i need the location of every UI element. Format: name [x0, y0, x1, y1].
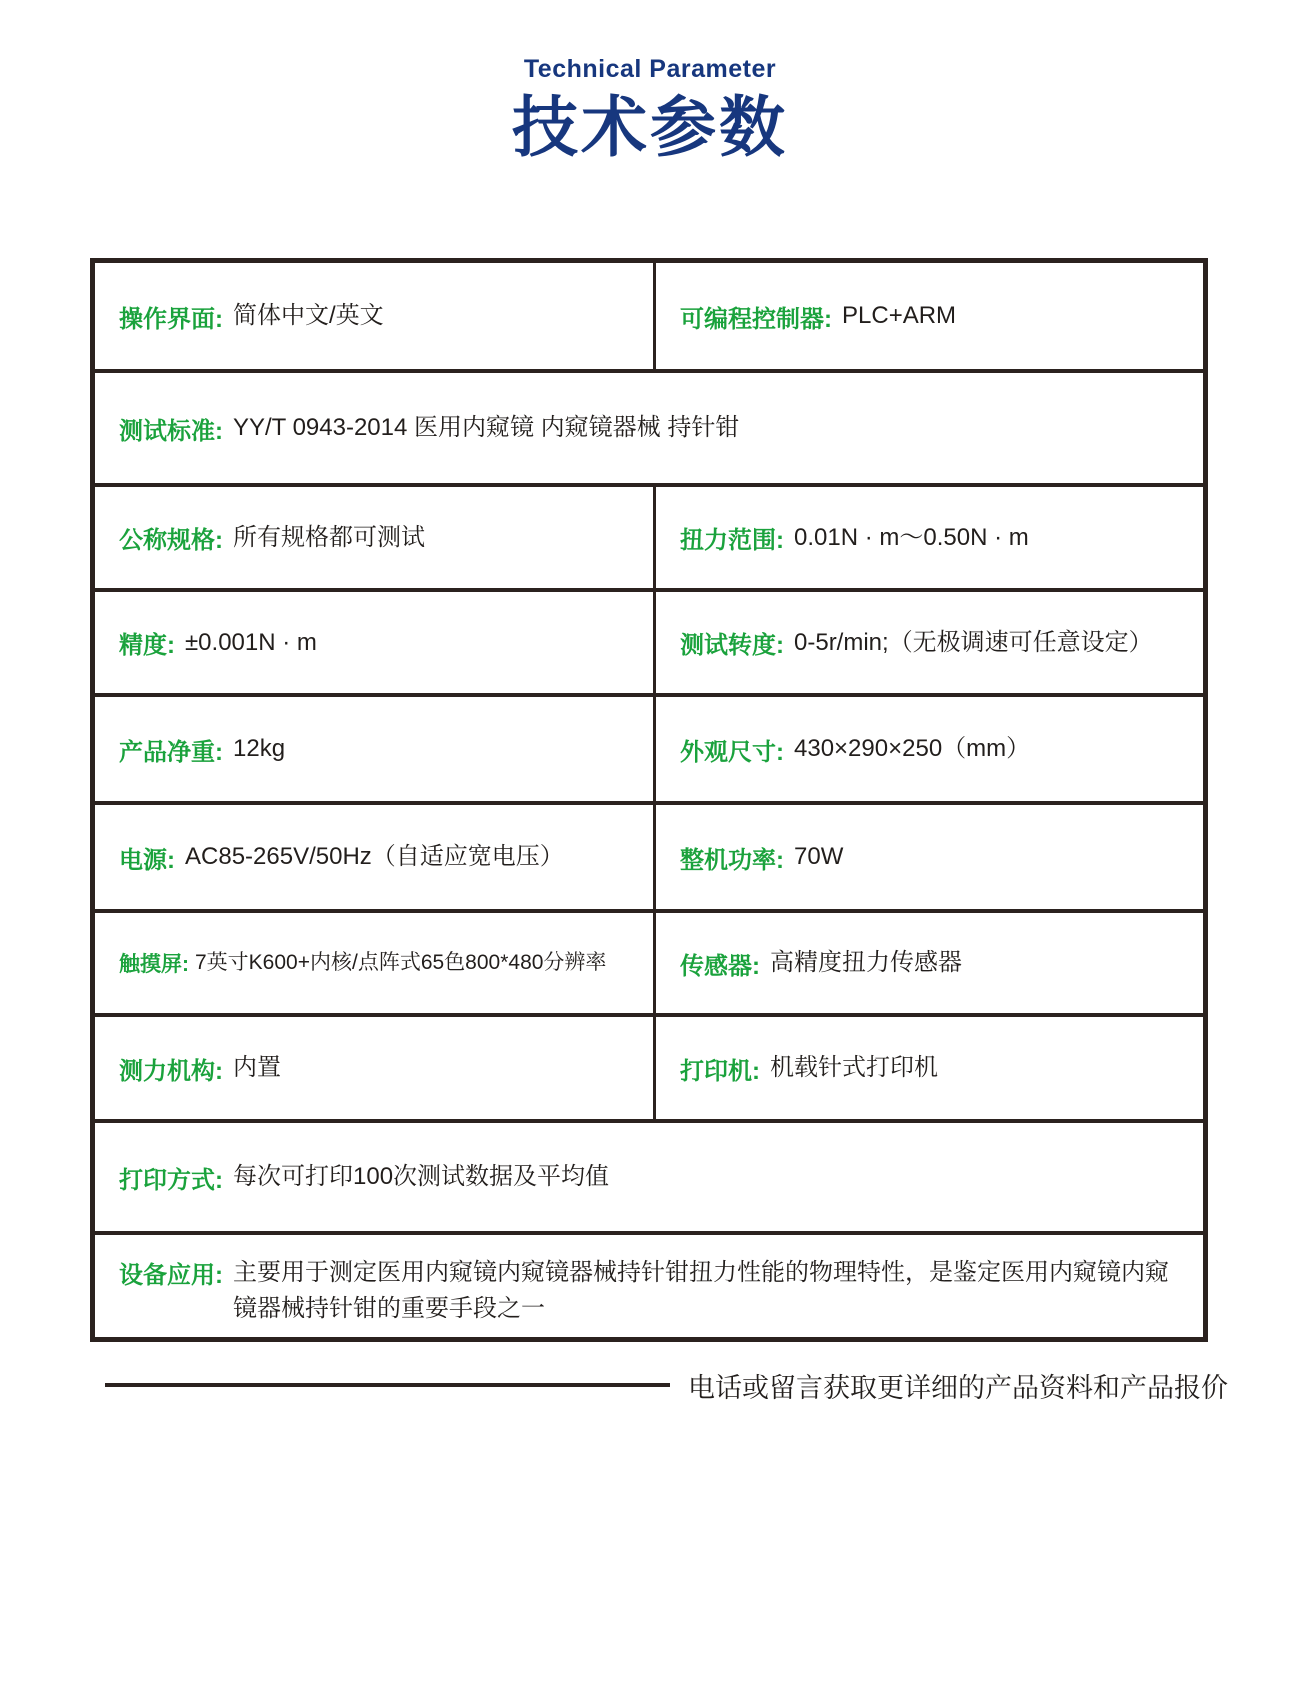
- param-cell-power-supply: 电源: AC85-265V/50Hz（自适应宽电压）: [95, 805, 656, 909]
- param-cell-application: 设备应用: 主要用于测定医用内窥镜内窥镜器械持针钳扭力性能的物理特性，是鉴定医用…: [95, 1235, 1203, 1337]
- param-label: 测力机构:: [119, 1051, 223, 1086]
- param-label: 测试转度:: [680, 625, 784, 660]
- param-label: 设备应用:: [119, 1255, 223, 1290]
- param-value: 主要用于测定医用内窥镜内窥镜器械持针钳扭力性能的物理特性，是鉴定医用内窥镜内窥镜…: [233, 1255, 1191, 1327]
- param-cell-sensor: 传感器: 高精度扭力传感器: [656, 913, 1203, 1013]
- param-cell-net-weight: 产品净重: 12kg: [95, 697, 656, 801]
- param-value: 0-5r/min;（无极调速可任意设定）: [794, 625, 1153, 661]
- param-cell-total-power: 整机功率: 70W: [656, 805, 1203, 909]
- param-value: 高精度扭力传感器: [770, 945, 962, 981]
- param-label: 打印方式:: [119, 1160, 223, 1195]
- footer: 电话或留言获取更详细的产品资料和产品报价: [105, 1362, 1235, 1408]
- param-cell-dimensions: 外观尺寸: 430×290×250（mm）: [656, 697, 1203, 801]
- param-label: 可编程控制器:: [680, 299, 832, 334]
- param-value: PLC+ARM: [842, 298, 956, 334]
- param-label: 整机功率:: [680, 840, 784, 875]
- param-row: 触摸屏: 7英寸K600+内核/点阵式65色800*480分辨率 传感器: 高精…: [95, 913, 1203, 1017]
- param-label: 产品净重:: [119, 732, 223, 767]
- param-label: 触摸屏:: [119, 948, 189, 978]
- param-label: 公称规格:: [119, 520, 223, 555]
- param-cell-touch-screen: 触摸屏: 7英寸K600+内核/点阵式65色800*480分辨率: [95, 913, 656, 1013]
- footer-rule: [105, 1383, 670, 1387]
- param-value: 内置: [233, 1050, 281, 1086]
- param-row: 设备应用: 主要用于测定医用内窥镜内窥镜器械持针钳扭力性能的物理特性，是鉴定医用…: [95, 1235, 1203, 1337]
- param-row: 打印方式: 每次可打印100次测试数据及平均值: [95, 1123, 1203, 1235]
- param-row: 产品净重: 12kg 外观尺寸: 430×290×250（mm）: [95, 697, 1203, 805]
- param-label: 传感器:: [680, 946, 760, 981]
- param-label: 操作界面:: [119, 299, 223, 334]
- param-cell-operation-interface: 操作界面: 简体中文/英文: [95, 263, 656, 369]
- spec-table: 操作界面: 简体中文/英文 可编程控制器: PLC+ARM 测试标准: YY/T…: [90, 258, 1208, 1342]
- param-value: 12kg: [233, 731, 285, 767]
- param-cell-force-mechanism: 测力机构: 内置: [95, 1017, 656, 1119]
- param-label: 电源:: [119, 840, 175, 875]
- param-label: 精度:: [119, 625, 175, 660]
- param-row: 公称规格: 所有规格都可测试 扭力范围: 0.01N · m～0.50N · m: [95, 487, 1203, 592]
- param-cell-programmable-controller: 可编程控制器: PLC+ARM: [656, 263, 1203, 369]
- param-cell-accuracy: 精度: ±0.001N · m: [95, 592, 656, 693]
- page-title: 技术参数: [0, 94, 1300, 160]
- param-value: AC85-265V/50Hz（自适应宽电压）: [185, 839, 564, 875]
- param-row: 精度: ±0.001N · m 测试转度: 0-5r/min;（无极调速可任意设…: [95, 592, 1203, 697]
- param-row: 测试标准: YY/T 0943-2014 医用内窥镜 内窥镜器械 持针钳: [95, 373, 1203, 487]
- param-cell-nominal-spec: 公称规格: 所有规格都可测试: [95, 487, 656, 588]
- param-cell-test-standard: 测试标准: YY/T 0943-2014 医用内窥镜 内窥镜器械 持针钳: [95, 373, 1203, 483]
- footer-note: 电话或留言获取更详细的产品资料和产品报价: [688, 1366, 1228, 1405]
- product-spec-page: Technical Parameter 技术参数 操作界面: 简体中文/英文 可…: [0, 0, 1300, 1695]
- param-value: 所有规格都可测试: [233, 520, 425, 556]
- param-label: 扭力范围:: [680, 520, 784, 555]
- param-label: 外观尺寸:: [680, 732, 784, 767]
- param-cell-torque-range: 扭力范围: 0.01N · m～0.50N · m: [656, 487, 1203, 588]
- param-label: 打印机:: [680, 1051, 760, 1086]
- param-value: 430×290×250（mm）: [794, 731, 1030, 767]
- param-value: 0.01N · m～0.50N · m: [794, 520, 1029, 556]
- param-value: YY/T 0943-2014 医用内窥镜 内窥镜器械 持针钳: [233, 410, 739, 446]
- param-value: 每次可打印100次测试数据及平均值: [233, 1159, 609, 1195]
- param-row: 电源: AC85-265V/50Hz（自适应宽电压） 整机功率: 70W: [95, 805, 1203, 913]
- param-cell-test-speed: 测试转度: 0-5r/min;（无极调速可任意设定）: [656, 592, 1203, 693]
- param-row: 测力机构: 内置 打印机: 机载针式打印机: [95, 1017, 1203, 1123]
- page-header: Technical Parameter 技术参数: [0, 55, 1300, 160]
- param-cell-printer: 打印机: 机载针式打印机: [656, 1017, 1203, 1119]
- param-value: 机载针式打印机: [770, 1050, 938, 1086]
- param-value: 7英寸K600+内核/点阵式65色800*480分辨率: [195, 947, 606, 979]
- param-value: ±0.001N · m: [185, 625, 317, 661]
- param-label: 测试标准:: [119, 411, 223, 446]
- param-row: 操作界面: 简体中文/英文 可编程控制器: PLC+ARM: [95, 263, 1203, 373]
- param-value: 简体中文/英文: [233, 298, 384, 334]
- param-value: 70W: [794, 839, 843, 875]
- page-subtitle: Technical Parameter: [0, 55, 1300, 84]
- param-cell-print-mode: 打印方式: 每次可打印100次测试数据及平均值: [95, 1123, 1203, 1231]
